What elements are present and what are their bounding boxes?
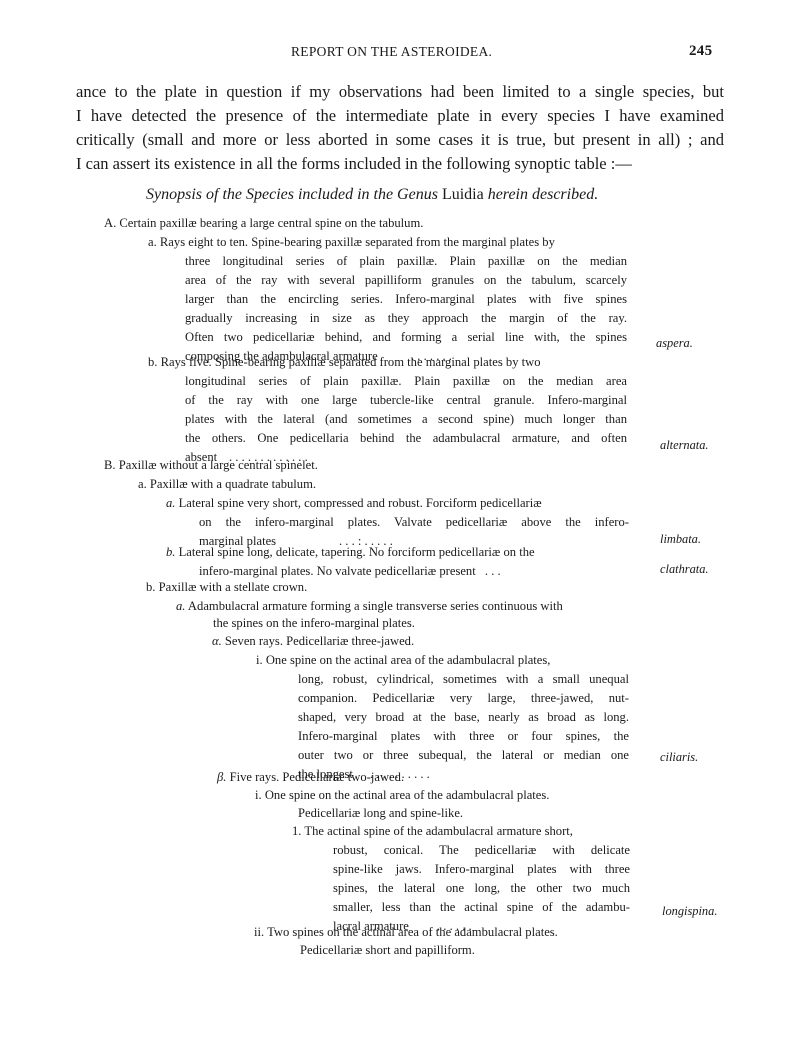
- synopsis-entry-B-a: a. Paxillæ with a quadrate tabulum.: [138, 475, 316, 494]
- synopsis-entry-A-b: b. Rays five. Spine-bearing paxillæ sepa…: [148, 353, 541, 372]
- species-name-aspera: aspera.: [656, 336, 693, 351]
- synopsis-entry-B: B. Paxillæ without a large central spine…: [104, 456, 318, 475]
- entry-line: long, robust, cylindrical, sometimes wit…: [298, 670, 629, 689]
- entry-key: α.: [212, 634, 222, 648]
- entry-line: Pedicellariæ short and papilliform.: [300, 943, 475, 957]
- entry-text: Rays five. Spine-bearing paxillæ separat…: [161, 355, 541, 369]
- entry-line: three longitudinal series of plain paxil…: [185, 252, 627, 271]
- synopsis-entry-A-a: a. Rays eight to ten. Spine-bearing paxi…: [148, 233, 555, 252]
- entry-key: a.: [176, 599, 185, 613]
- entry-line: Infero-marginal plates with three or fou…: [298, 727, 629, 746]
- page-number: 245: [689, 43, 712, 60]
- entry-key: B.: [104, 458, 116, 472]
- entry-line: Often two pedicellariæ behind, and formi…: [185, 328, 627, 347]
- entry-key: a.: [166, 496, 175, 510]
- synopsis-entry-beta-i-1-body: robust, conical. The pedicellariæ with d…: [333, 841, 630, 936]
- entry-line: area of the ray with several papilliform…: [185, 271, 627, 290]
- entry-line: spine-like jaws. Infero-marginal plates …: [333, 860, 630, 879]
- entry-line: infero-marginal plates. No valvate pedic…: [199, 564, 476, 578]
- intro-line: critically (small and more or less abort…: [76, 128, 724, 152]
- synopsis-entry-alpha: α. Seven rays. Pedicellariæ three-jawed.: [212, 632, 414, 651]
- entry-line: Pedicellariæ long and spine-like.: [298, 806, 463, 820]
- synopsis-entry-B-b-a-body: the spines on the infero-marginal plates…: [213, 614, 415, 633]
- species-name-longispina: longispina.: [662, 904, 717, 919]
- synopsis-title: Synopsis of the Species included in the …: [146, 186, 666, 204]
- synopsis-entry-beta-i: i. One spine on the actinal area of the …: [255, 786, 549, 805]
- synopsis-entry-beta-i-1: 1. The actinal spine of the adambulacral…: [292, 822, 573, 841]
- entry-line: spines, the lateral one long, the other …: [333, 879, 630, 898]
- entry-key: a.: [148, 235, 157, 249]
- entry-text: Certain paxillæ bearing a large central …: [119, 216, 423, 230]
- synopsis-entry-beta-ii-body: Pedicellariæ short and papilliform.: [300, 941, 475, 960]
- synopsis-entry-beta: β. Five rays. Pedicellariæ two-jawed.: [217, 768, 404, 787]
- synopsis-entry-beta-i-body: Pedicellariæ long and spine-like.: [298, 804, 463, 823]
- entry-line: the spines on the infero-marginal plates…: [213, 616, 415, 630]
- entry-text: Seven rays. Pedicellariæ three-jawed.: [225, 634, 414, 648]
- entry-key: a.: [138, 477, 147, 491]
- entry-key: 1.: [292, 824, 301, 838]
- synopsis-entry-A-a-body: three longitudinal series of plain paxil…: [185, 252, 627, 366]
- entry-key: b.: [148, 355, 157, 369]
- entry-text: Adambulacral armature forming a single t…: [188, 599, 563, 613]
- synopsis-entry-B-a-b: b. Lateral spine long, delicate, taperin…: [166, 543, 535, 562]
- entry-text: Five rays. Pedicellariæ two-jawed.: [230, 770, 405, 784]
- entry-line: on the infero-marginal plates. Valvate p…: [199, 513, 629, 532]
- entry-line: plates with the lateral (and sometimes a…: [185, 410, 627, 429]
- entry-key: i.: [256, 653, 263, 667]
- entry-text: Paxillæ without a large central spinelet…: [119, 458, 318, 472]
- synopsis-title-genus: Luidia: [442, 186, 484, 203]
- entry-key: ii.: [254, 925, 264, 939]
- entry-key: β.: [217, 770, 226, 784]
- intro-line: I can assert its existence in all the fo…: [76, 152, 724, 176]
- entry-text: The actinal spine of the adambulacral ar…: [304, 824, 573, 838]
- entry-text: Lateral spine very short, compressed and…: [179, 496, 542, 510]
- entry-text: Two spines on the actinal area of the ad…: [267, 925, 558, 939]
- entry-text: Paxillæ with a stellate crown.: [159, 580, 308, 594]
- entry-text: One spine on the actinal area of the ada…: [265, 788, 550, 802]
- entry-key: i.: [255, 788, 262, 802]
- synopsis-entry-A-b-body: longitudinal series of plain paxillæ. Pl…: [185, 372, 627, 467]
- intro-line: ance to the plate in question if my obse…: [76, 80, 724, 104]
- intro-line: I have detected the presence of the inte…: [76, 104, 724, 128]
- entry-text: One spine on the actinal area of the ada…: [266, 653, 551, 667]
- entry-line: of the ray with one large tubercle-like …: [185, 391, 627, 410]
- species-name-ciliaris: ciliaris.: [660, 750, 698, 765]
- entry-key: b.: [166, 545, 175, 559]
- entry-line: longitudinal series of plain paxillæ. Pl…: [185, 372, 627, 391]
- synopsis-title-part1: Synopsis of the Species included in the …: [146, 186, 438, 203]
- running-title: REPORT ON THE ASTEROIDEA.: [291, 44, 492, 60]
- entry-key: b.: [146, 580, 155, 594]
- synopsis-entry-B-a-a: a. Lateral spine very short, compressed …: [166, 494, 542, 513]
- entry-text: Rays eight to ten. Spine-bearing paxillæ…: [160, 235, 555, 249]
- species-name-limbata: limbata.: [660, 532, 701, 547]
- entry-line: larger than the encircling series. Infer…: [185, 290, 627, 309]
- entry-key: A.: [104, 216, 116, 230]
- entry-line: smaller, less than the actinal spine of …: [333, 898, 630, 917]
- synopsis-title-part2: herein described.: [488, 186, 598, 203]
- synopsis-entry-A: A. Certain paxillæ bearing a large centr…: [104, 214, 423, 233]
- synopsis-entry-beta-ii: ii. Two spines on the actinal area of th…: [254, 923, 558, 942]
- entry-line: gradually increasing in size as they app…: [185, 309, 627, 328]
- species-name-alternata: alternata.: [660, 438, 709, 453]
- species-name-clathrata: clathrata.: [660, 562, 709, 577]
- entry-line: the others. One pedicellaria behind the …: [185, 429, 627, 448]
- running-head: REPORT ON THE ASTEROIDEA. 245: [0, 44, 800, 64]
- entry-line: shaped, very broad at the base, nearly a…: [298, 708, 629, 727]
- intro-paragraph: ance to the plate in question if my obse…: [76, 80, 724, 176]
- entry-line: companion. Pedicellariæ very large, thre…: [298, 689, 629, 708]
- synopsis-entry-alpha-i-body: long, robust, cylindrical, sometimes wit…: [298, 670, 629, 784]
- entry-line: robust, conical. The pedicellariæ with d…: [333, 841, 630, 860]
- entry-text: Lateral spine long, delicate, tapering. …: [179, 545, 535, 559]
- synopsis-entry-B-b: b. Paxillæ with a stellate crown.: [146, 578, 307, 597]
- leader-dots: . . .: [485, 564, 501, 578]
- synopsis-entry-alpha-i: i. One spine on the actinal area of the …: [256, 651, 550, 670]
- document-page: REPORT ON THE ASTEROIDEA. 245 ance to th…: [0, 0, 800, 1050]
- entry-text: Paxillæ with a quadrate tabulum.: [150, 477, 316, 491]
- entry-line: outer two or three subequal, the lateral…: [298, 746, 629, 765]
